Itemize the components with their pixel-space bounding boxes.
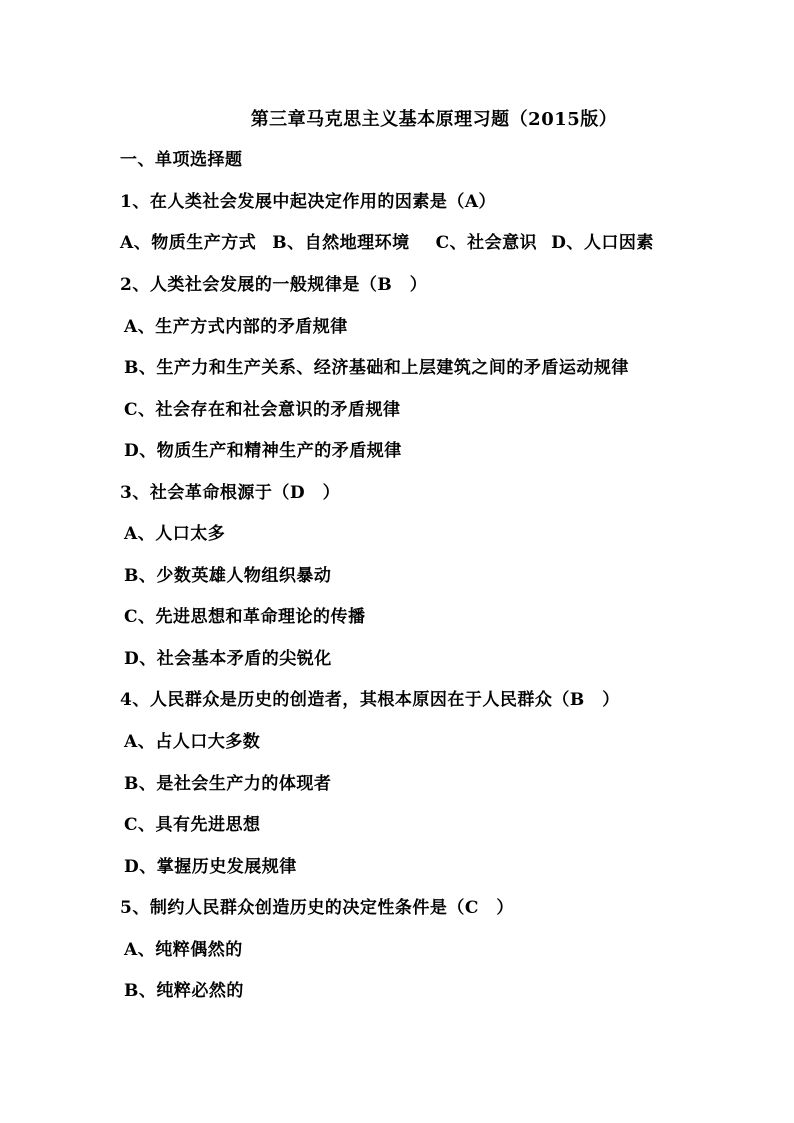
section-heading: 一、单项选择题 (120, 149, 243, 171)
question-3-option-d: D、社会基本矛盾的尖锐化 (124, 648, 332, 670)
question-2-option-d: D、物质生产和精神生产的矛盾规律 (124, 440, 402, 462)
question-1-option-a: A、物质生产方式 (120, 233, 256, 253)
question-1-options: A、物质生产方式B、自然地理环境C、社会意识D、人口因素 (120, 232, 654, 254)
question-2-option-b: B、生产力和生产关系、经济基础和上层建筑之间的矛盾运动规律 (124, 357, 629, 379)
question-2-stem: 2、人类社会发展的一般规律是（B ） (120, 274, 427, 296)
question-5-option-b: B、纯粹必然的 (124, 980, 244, 1002)
question-3-option-a: A、人口太多 (124, 523, 225, 545)
question-3-option-b: B、少数英雄人物组织暴动 (124, 565, 331, 587)
question-3-option-c: C、先进思想和革命理论的传播 (124, 606, 366, 628)
question-4-option-d: D、掌握历史发展规律 (124, 856, 297, 878)
question-1-option-c: C、社会意识 (436, 233, 538, 253)
question-3-stem: 3、社会革命根源于（D ） (120, 482, 340, 504)
question-2-option-c: C、社会存在和社会意识的矛盾规律 (124, 399, 401, 421)
question-4-option-b: B、是社会生产力的体现者 (124, 773, 331, 795)
question-1-stem: 1、在人类社会发展中起决定作用的因素是（A） (120, 191, 496, 213)
document-title: 第三章马克思主义基本原理习题（2015版） (0, 105, 794, 131)
question-4-stem: 4、人民群众是历史的创造者，其根本原因在于人民群众（B ） (120, 689, 620, 711)
question-5-option-a: A、纯粹偶然的 (124, 939, 243, 961)
question-4-option-c: C、具有先进思想 (124, 814, 261, 836)
question-1-option-d: D、人口因素 (551, 233, 654, 253)
question-1-option-b: B、自然地理环境 (272, 233, 409, 253)
document-page: 第三章马克思主义基本原理习题（2015版） 一、单项选择题 1、在人类社会发展中… (0, 0, 794, 1123)
question-2-option-a: A、生产方式内部的矛盾规律 (124, 316, 348, 338)
question-4-option-a: A、占人口大多数 (124, 731, 260, 753)
question-5-stem: 5、制约人民群众创造历史的决定性条件是（C ） (120, 897, 514, 919)
